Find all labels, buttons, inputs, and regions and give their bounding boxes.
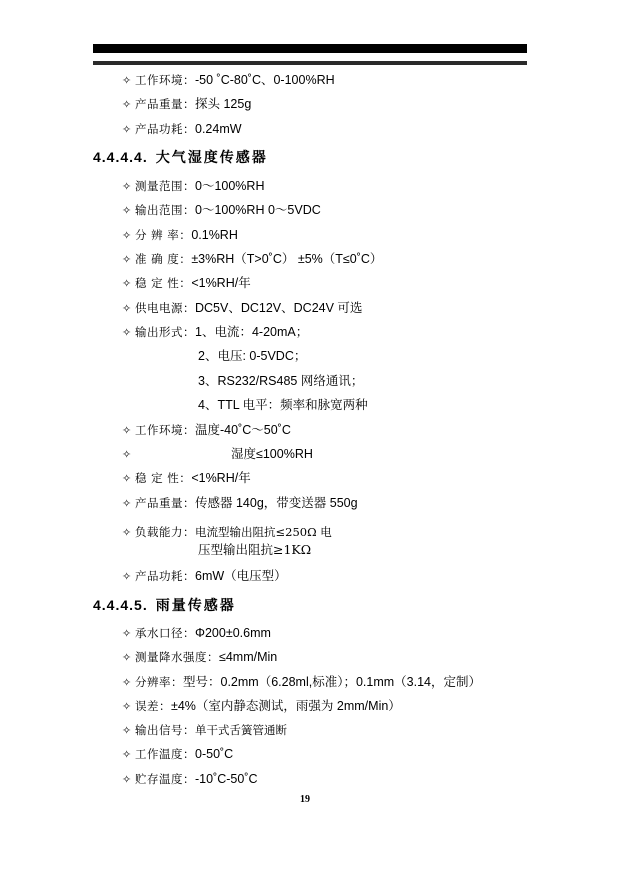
spec-item: ✧承水口径：Φ200±0.6mm [122, 625, 271, 642]
spec-item: ✧产品功耗：6mW（电压型） [122, 568, 287, 585]
spec-item: ✧产品功耗：0.24mW [122, 121, 242, 138]
spec-item: ✧贮存温度：-10˚C-50˚C [122, 771, 258, 788]
spec-value: 电流型输出阻抗≤250Ω 电 [195, 525, 332, 539]
spec-item: ✧产品重量：探头 125g [122, 96, 251, 113]
diamond-bullet-icon: ✧ [122, 675, 135, 691]
spec-label: 输出形式： [135, 325, 195, 339]
diamond-bullet-icon: ✧ [122, 276, 135, 292]
page-number: 19 [300, 794, 310, 805]
diamond-bullet-icon: ✧ [122, 203, 135, 219]
spec-value: 1、电流：4-20mA； [195, 325, 308, 339]
spec-label: 承水口径： [135, 626, 195, 640]
diamond-bullet-icon: ✧ [122, 122, 135, 138]
spec-item: ✧稳 定 性：<1%RH/年 [122, 275, 251, 292]
spec-item: ✧ [122, 446, 135, 463]
spec-label: 稳 定 性： [135, 471, 191, 485]
header-rule-thin [93, 61, 527, 65]
spec-label: 供电电源： [135, 301, 195, 315]
diamond-bullet-icon: ✧ [122, 650, 135, 666]
spec-value: Φ200±0.6mm [195, 626, 271, 640]
spec-label: 工作环境： [135, 73, 195, 87]
spec-item: ✧输出信号：单干式舌簧管通断 [122, 722, 287, 739]
spec-label: 产品重量： [135, 496, 195, 510]
section-title: 雨量传感器 [156, 598, 236, 614]
spec-label: 测量范围： [135, 179, 195, 193]
spec-value: 0-50˚C [195, 747, 233, 761]
spec-label: 贮存温度： [135, 772, 195, 786]
spec-value: -10˚C-50˚C [195, 772, 258, 786]
diamond-bullet-icon: ✧ [122, 471, 135, 487]
spec-item: ✧分 辨 率：0.1%RH [122, 227, 238, 244]
spec-continuation: 4、TTL 电平：频率和脉宽两种 [198, 397, 368, 413]
spec-value: 0～100%RH [195, 179, 264, 193]
spec-item: ✧工作温度：0-50˚C [122, 746, 233, 763]
spec-value: DC5V、DC12V、DC24V 可选 [195, 301, 362, 315]
spec-item: ✧工作环境：温度-40˚C～50˚C [122, 422, 291, 439]
diamond-bullet-icon: ✧ [122, 626, 135, 642]
spec-value: ≤4mm/Min [219, 650, 277, 664]
spec-continuation: 湿度≤100%RH [231, 446, 313, 462]
spec-label: 准 确 度： [135, 252, 191, 266]
spec-value: 单干式舌簧管通断 [195, 723, 287, 737]
spec-item: ✧工作环境：-50 ˚C-80˚C、0-100%RH [122, 72, 335, 89]
spec-item: ✧负载能力：电流型输出阻抗≤250Ω 电 [122, 524, 332, 541]
spec-label: 产品重量： [135, 97, 195, 111]
spec-value: -50 ˚C-80˚C、0-100%RH [195, 73, 335, 87]
spec-value: 传感器 140g，带变送器 550g [195, 496, 358, 510]
spec-continuation: 2、电压: 0-5VDC； [198, 348, 306, 364]
diamond-bullet-icon: ✧ [122, 772, 135, 788]
section-number: 4.4.4.4. [93, 149, 148, 165]
spec-item: ✧输出范围：0～100%RH 0～5VDC [122, 202, 321, 219]
diamond-bullet-icon: ✧ [122, 496, 135, 512]
spec-label: 负载能力： [135, 525, 195, 539]
header-rule-thick [93, 44, 527, 53]
spec-continuation: 压型输出阻抗≥1KΩ [198, 542, 311, 558]
section-heading-rain: 4.4.4.5.雨量传感器 [93, 596, 236, 615]
diamond-bullet-icon: ✧ [122, 447, 135, 463]
spec-label: 工作温度： [135, 747, 195, 761]
spec-value: 0.24mW [195, 122, 242, 136]
spec-label: 输出范围： [135, 203, 195, 217]
diamond-bullet-icon: ✧ [122, 569, 135, 585]
spec-item: ✧分辨率：型号：0.2mm（6.28ml,标准）；0.1mm（3.14，定制） [122, 674, 481, 691]
spec-label: 产品功耗： [135, 569, 195, 583]
spec-label: 工作环境： [135, 423, 195, 437]
spec-label: 输出信号： [135, 723, 195, 737]
spec-value: 探头 125g [195, 97, 251, 111]
spec-value: <1%RH/年 [191, 471, 250, 485]
spec-value: 6mW（电压型） [195, 569, 287, 583]
section-heading-humidity: 4.4.4.4.大气湿度传感器 [93, 148, 268, 167]
spec-item: ✧稳 定 性：<1%RH/年 [122, 470, 251, 487]
spec-item: ✧供电电源：DC5V、DC12V、DC24V 可选 [122, 300, 362, 317]
section-number: 4.4.4.5. [93, 597, 148, 613]
diamond-bullet-icon: ✧ [122, 179, 135, 195]
diamond-bullet-icon: ✧ [122, 325, 135, 341]
diamond-bullet-icon: ✧ [122, 699, 135, 715]
spec-value: 温度-40˚C～50˚C [195, 423, 291, 437]
spec-label: 分辨率： [135, 675, 183, 689]
spec-value: ±3%RH（T>0˚C） ±5%（T≤0˚C） [191, 252, 382, 266]
diamond-bullet-icon: ✧ [122, 301, 135, 317]
spec-label: 产品功耗： [135, 122, 195, 136]
spec-item: ✧准 确 度：±3%RH（T>0˚C） ±5%（T≤0˚C） [122, 251, 382, 268]
spec-value: 0.1%RH [191, 228, 238, 242]
spec-label: 稳 定 性： [135, 276, 191, 290]
spec-item: ✧输出形式：1、电流：4-20mA； [122, 324, 308, 341]
diamond-bullet-icon: ✧ [122, 252, 135, 268]
spec-item: ✧测量范围：0～100%RH [122, 178, 264, 195]
diamond-bullet-icon: ✧ [122, 97, 135, 113]
diamond-bullet-icon: ✧ [122, 747, 135, 763]
spec-value: <1%RH/年 [191, 276, 250, 290]
spec-label: 分 辨 率： [135, 228, 191, 242]
diamond-bullet-icon: ✧ [122, 525, 135, 541]
diamond-bullet-icon: ✧ [122, 228, 135, 244]
spec-value: ±4%（室内静态测试，雨强为 2mm/Min） [171, 699, 401, 713]
section-title: 大气湿度传感器 [156, 150, 268, 166]
spec-item: ✧测量降水强度：≤4mm/Min [122, 649, 277, 666]
spec-value: 0～100%RH 0～5VDC [195, 203, 321, 217]
spec-label: 测量降水强度： [135, 650, 219, 664]
spec-value: 型号：0.2mm（6.28ml,标准）；0.1mm（3.14，定制） [183, 675, 481, 689]
diamond-bullet-icon: ✧ [122, 723, 135, 739]
spec-continuation: 3、RS232/RS485 网络通讯； [198, 373, 363, 389]
spec-label: 误差： [135, 699, 171, 713]
spec-item: ✧产品重量：传感器 140g，带变送器 550g [122, 495, 358, 512]
spec-item: ✧误差：±4%（室内静态测试，雨强为 2mm/Min） [122, 698, 401, 715]
diamond-bullet-icon: ✧ [122, 73, 135, 89]
diamond-bullet-icon: ✧ [122, 423, 135, 439]
